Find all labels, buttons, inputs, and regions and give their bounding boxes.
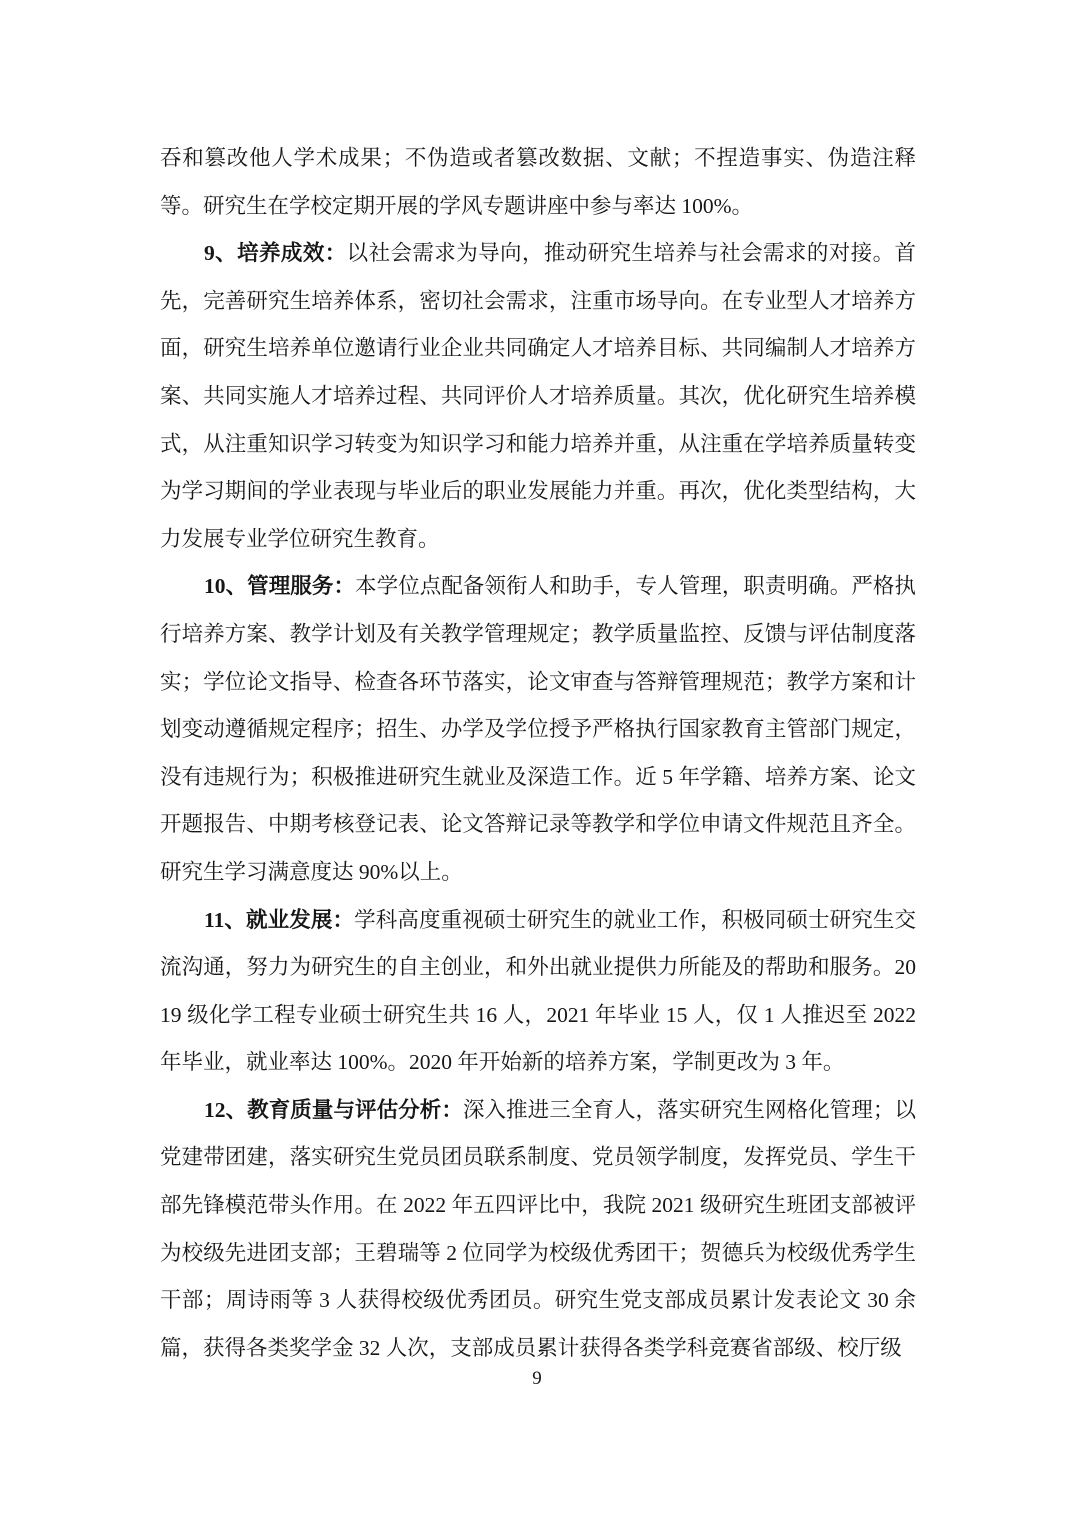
paragraph-text: 以社会需求为导向，推动研究生培养与社会需求的对接。首先，完善研究生培养体系，密切…	[160, 241, 916, 551]
document-page: 吞和篡改他人学术成果；不伪造或者篡改数据、文献；不捏造事实、伪造注释等。研究生在…	[0, 0, 1074, 1520]
paragraph-11-employment-development: 11、就业发展：学科高度重视硕士研究生的就业工作，积极同硕士研究生交流沟通，努力…	[160, 897, 916, 1087]
paragraph-text: 吞和篡改他人学术成果；不伪造或者篡改数据、文献；不捏造事实、伪造注释等。研究生在…	[160, 146, 916, 218]
paragraph-10-management-services: 10、管理服务：本学位点配备领衔人和助手，专人管理，职责明确。严格执行培养方案、…	[160, 563, 916, 896]
paragraph-12-education-quality-evaluation: 12、教育质量与评估分析：深入推进三全育人，落实研究生网格化管理；以党建带团建，…	[160, 1087, 916, 1373]
paragraph-heading: 12、教育质量与评估分析：	[204, 1098, 463, 1122]
paragraph-9-cultivation-results: 9、培养成效：以社会需求为导向，推动研究生培养与社会需求的对接。首先，完善研究生…	[160, 230, 916, 563]
paragraph-text: 本学位点配备领衔人和助手，专人管理，职责明确。严格执行培养方案、教学计划及有关教…	[160, 574, 916, 884]
page-number: 9	[532, 1368, 542, 1389]
paragraph-text: 深入推进三全育人，落实研究生网格化管理；以党建带团建，落实研究生党员团员联系制度…	[160, 1098, 916, 1360]
paragraph-continuation: 吞和篡改他人学术成果；不伪造或者篡改数据、文献；不捏造事实、伪造注释等。研究生在…	[160, 135, 916, 230]
paragraph-text: 学科高度重视硕士研究生的就业工作，积极同硕士研究生交流沟通，努力为研究生的自主创…	[160, 908, 916, 1075]
page-footer: 9	[0, 1366, 1074, 1392]
paragraph-heading: 9、培养成效：	[204, 241, 347, 265]
paragraph-heading: 11、就业发展：	[204, 908, 354, 932]
page-body: 吞和篡改他人学术成果；不伪造或者篡改数据、文献；不捏造事实、伪造注释等。研究生在…	[160, 135, 916, 1372]
paragraph-heading: 10、管理服务：	[204, 574, 355, 598]
